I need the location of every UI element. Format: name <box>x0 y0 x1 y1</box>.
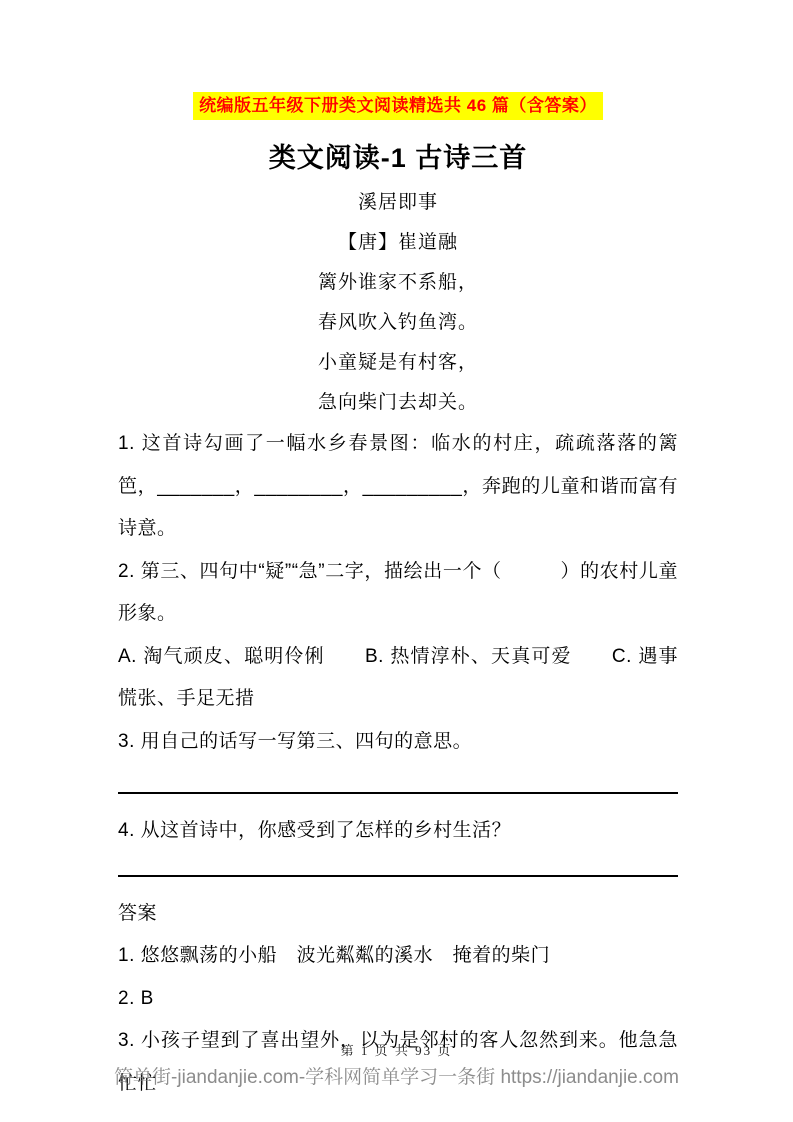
poem-author: 【唐】崔道融 <box>118 223 678 263</box>
question-2-options: A. 淘气顽皮、聪明伶俐 B. 热情淳朴、天真可爱 C. 遇事慌张、手足无措 <box>118 636 678 721</box>
answer-item-1: 1. 悠悠飘荡的小船 波光粼粼的溪水 掩着的柴门 <box>118 935 678 978</box>
header-notice-highlight: 统编版五年级下册类文阅读精选共 46 篇（含答案） <box>193 92 603 120</box>
poem-block: 溪居即事 【唐】崔道融 篱外谁家不系船， 春风吹入钓鱼湾。 小童疑是有村客， 急… <box>118 183 678 423</box>
poem-verse-line: 小童疑是有村客， <box>118 343 678 383</box>
question-3: 3. 用自己的话写一写第三、四句的意思。 <box>118 721 678 764</box>
document-page: 统编版五年级下册类文阅读精选共 46 篇（含答案） 类文阅读-1 古诗三首 溪居… <box>0 0 793 1122</box>
poem-title: 溪居即事 <box>118 183 678 223</box>
question-4: 4. 从这首诗中，你感受到了怎样的乡村生活？ <box>118 810 678 853</box>
questions-section: 1. 这首诗勾画了一幅水乡春景图：临水的村庄，疏疏落落的篱笆，_______，_… <box>118 423 678 877</box>
answer-blank-line <box>118 875 678 877</box>
answer-blank-line <box>118 792 678 794</box>
answers-heading: 答案 <box>118 893 678 936</box>
poem-verse-line: 春风吹入钓鱼湾。 <box>118 303 678 343</box>
page-number: 第 1 页 共 93 页 <box>0 1040 793 1059</box>
header-notice-row: 统编版五年级下册类文阅读精选共 46 篇（含答案） <box>118 92 678 120</box>
page-title: 类文阅读-1 古诗三首 <box>118 141 678 175</box>
question-1: 1. 这首诗勾画了一幅水乡春景图：临水的村庄，疏疏落落的篱笆，_______，_… <box>118 423 678 551</box>
answer-item-2: 2. B <box>118 978 678 1021</box>
question-2: 2. 第三、四句中“疑”“急”二字，描绘出一个（ ）的农村儿童形象。 <box>118 551 678 636</box>
poem-verse-line: 急向柴门去却关。 <box>118 383 678 423</box>
site-watermark: 简单街-jiandanjie.com-学科网简单学习一条街 https://ji… <box>0 1062 793 1089</box>
poem-verse-line: 篱外谁家不系船， <box>118 263 678 303</box>
